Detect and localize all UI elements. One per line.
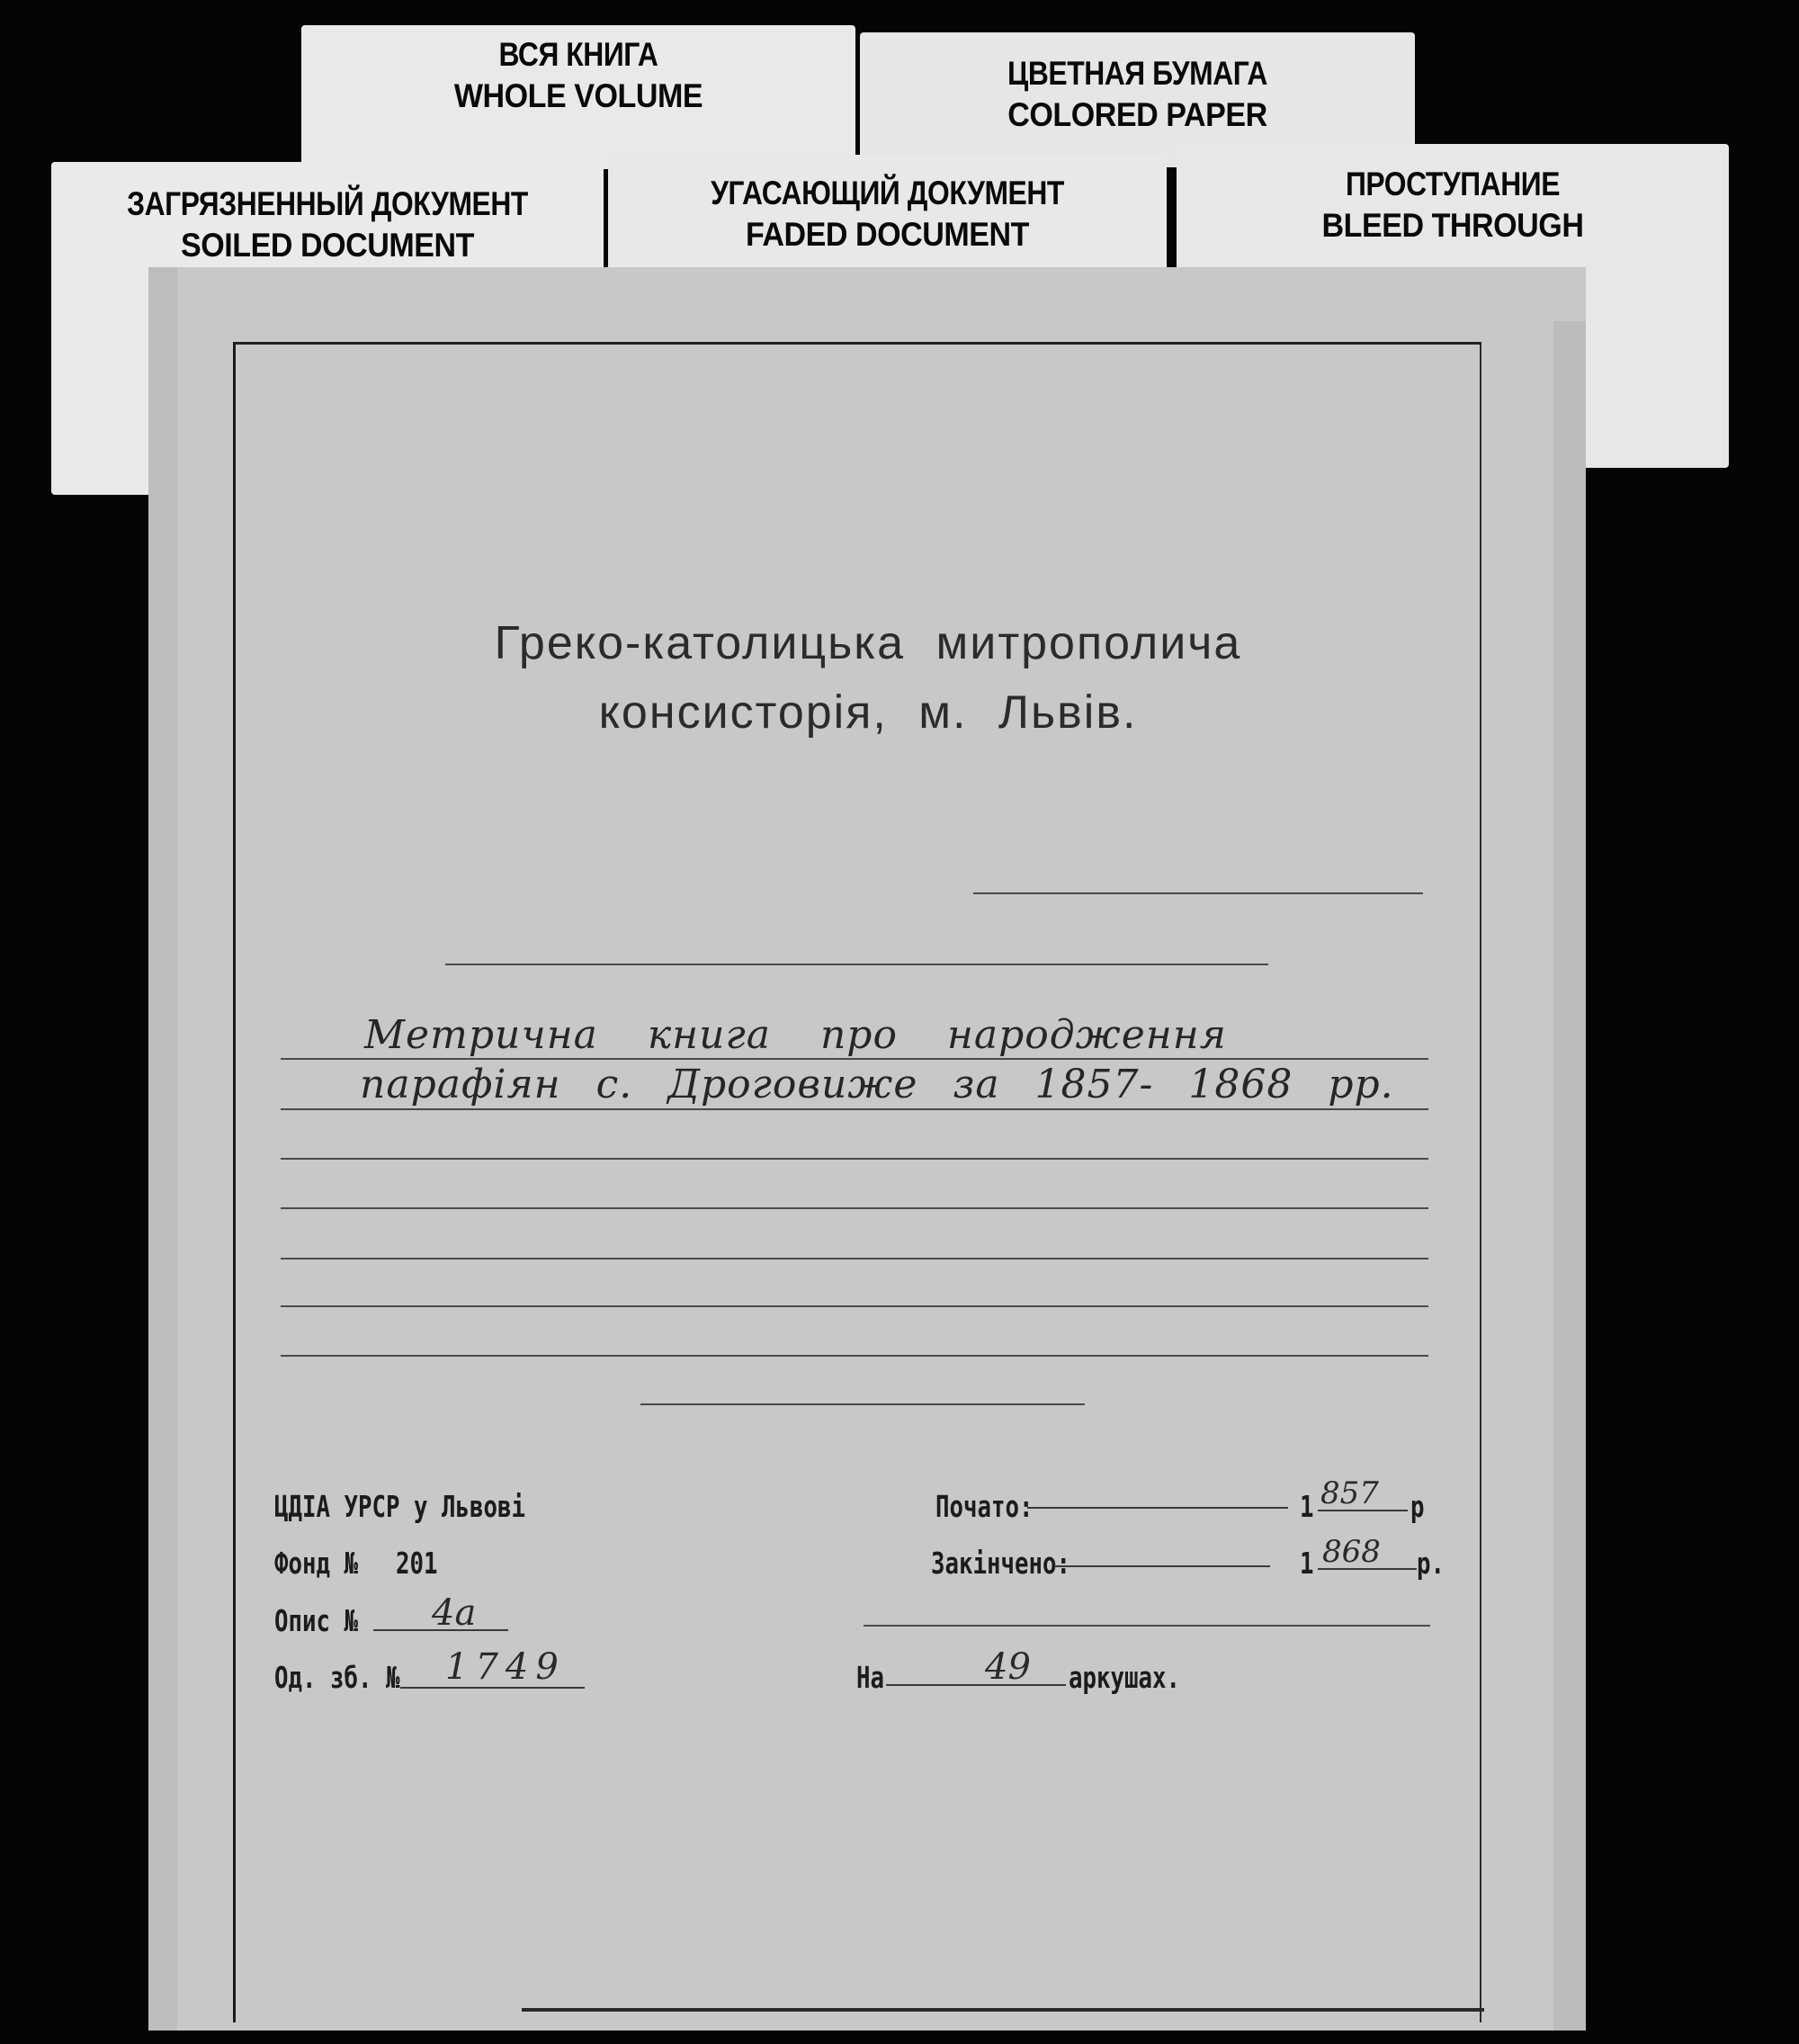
label-en: COLORED PAPER: [882, 94, 1393, 136]
cover-spine-edge: [148, 267, 177, 2031]
title-rule: [281, 1258, 1428, 1260]
fond-value: 201: [396, 1546, 437, 1581]
unit-label: Од. зб. №: [274, 1660, 399, 1695]
title-rule: [281, 1058, 1428, 1060]
handwritten-title-line2: парафіян с. Дроговиже за 1857- 1868 рр.: [360, 1062, 1394, 1107]
blank-rule: [864, 1625, 1430, 1627]
label-faded-document: УГАСАЮЩИЙ ДОКУМЕНТ FADED DOCUMENT: [608, 155, 1167, 281]
label-en: FADED DOCUMENT: [631, 214, 1144, 255]
institution-title-line2: консисторія, м. Львів.: [360, 686, 1376, 740]
started-value: 857: [1320, 1475, 1379, 1511]
sheets-label-before: На: [856, 1660, 884, 1695]
cover-right-edge: [1553, 321, 1586, 2031]
label-en: SOILED DOCUMENT: [74, 225, 582, 266]
ended-prefix: 1: [1300, 1546, 1314, 1581]
title-rule: [281, 1108, 1428, 1110]
blank-rule: [640, 1403, 1085, 1405]
label-en: BLEED THROUGH: [1199, 205, 1707, 247]
started-prefix: 1: [1300, 1489, 1314, 1524]
title-rule: [281, 1207, 1428, 1209]
cover-frame-border: [233, 342, 1481, 2022]
sheets-underline: [886, 1684, 1066, 1686]
title-rule: [281, 1158, 1428, 1160]
ended-underline: [1054, 1565, 1270, 1567]
title-rule: [281, 1355, 1428, 1357]
blank-rule: [973, 892, 1423, 894]
sheets-value: 49: [985, 1646, 1031, 1688]
label-whole-volume: ВСЯ КНИГА WHOLE VOLUME: [301, 25, 855, 169]
institution-title-line1: Греко-католицька митрополича: [360, 616, 1376, 670]
label-ru: УГАСАЮЩИЙ ДОКУМЕНТ: [647, 173, 1127, 214]
unit-value: 1749: [445, 1646, 566, 1688]
label-ru: ЗАГРЯЗНЕННЫЙ ДОКУМЕНТ: [90, 184, 565, 225]
blank-rule: [445, 964, 1268, 965]
archive-name: ЦДІА УРСР у Львові: [274, 1489, 525, 1524]
ended-suffix: р.: [1417, 1546, 1445, 1581]
cover-frame-bottom: [522, 2008, 1484, 2012]
title-rule: [281, 1305, 1428, 1307]
started-value-underline: [1318, 1510, 1408, 1511]
opys-label: Опис №: [274, 1603, 358, 1638]
label-ru: ВСЯ КНИГА: [340, 34, 817, 76]
opys-value: 4а: [432, 1592, 476, 1634]
label-ru: ПРОСТУПАНИЕ: [1215, 164, 1690, 205]
label-en: WHOLE VOLUME: [324, 76, 834, 117]
handwritten-title-line1: Метрична книга про народження: [364, 1012, 1227, 1058]
ended-value-underline: [1318, 1568, 1417, 1570]
ended-value: 868: [1322, 1534, 1381, 1570]
ended-label: Закінчено:: [931, 1546, 1070, 1581]
sheets-label-after: аркушах.: [1069, 1660, 1180, 1695]
fond-label: Фонд №: [274, 1546, 358, 1581]
started-suffix: р: [1410, 1489, 1425, 1524]
started-underline: [1027, 1507, 1288, 1509]
label-ru: ЦВЕТНАЯ БУМАГА: [899, 53, 1376, 94]
started-label: Почато:: [935, 1489, 1033, 1524]
